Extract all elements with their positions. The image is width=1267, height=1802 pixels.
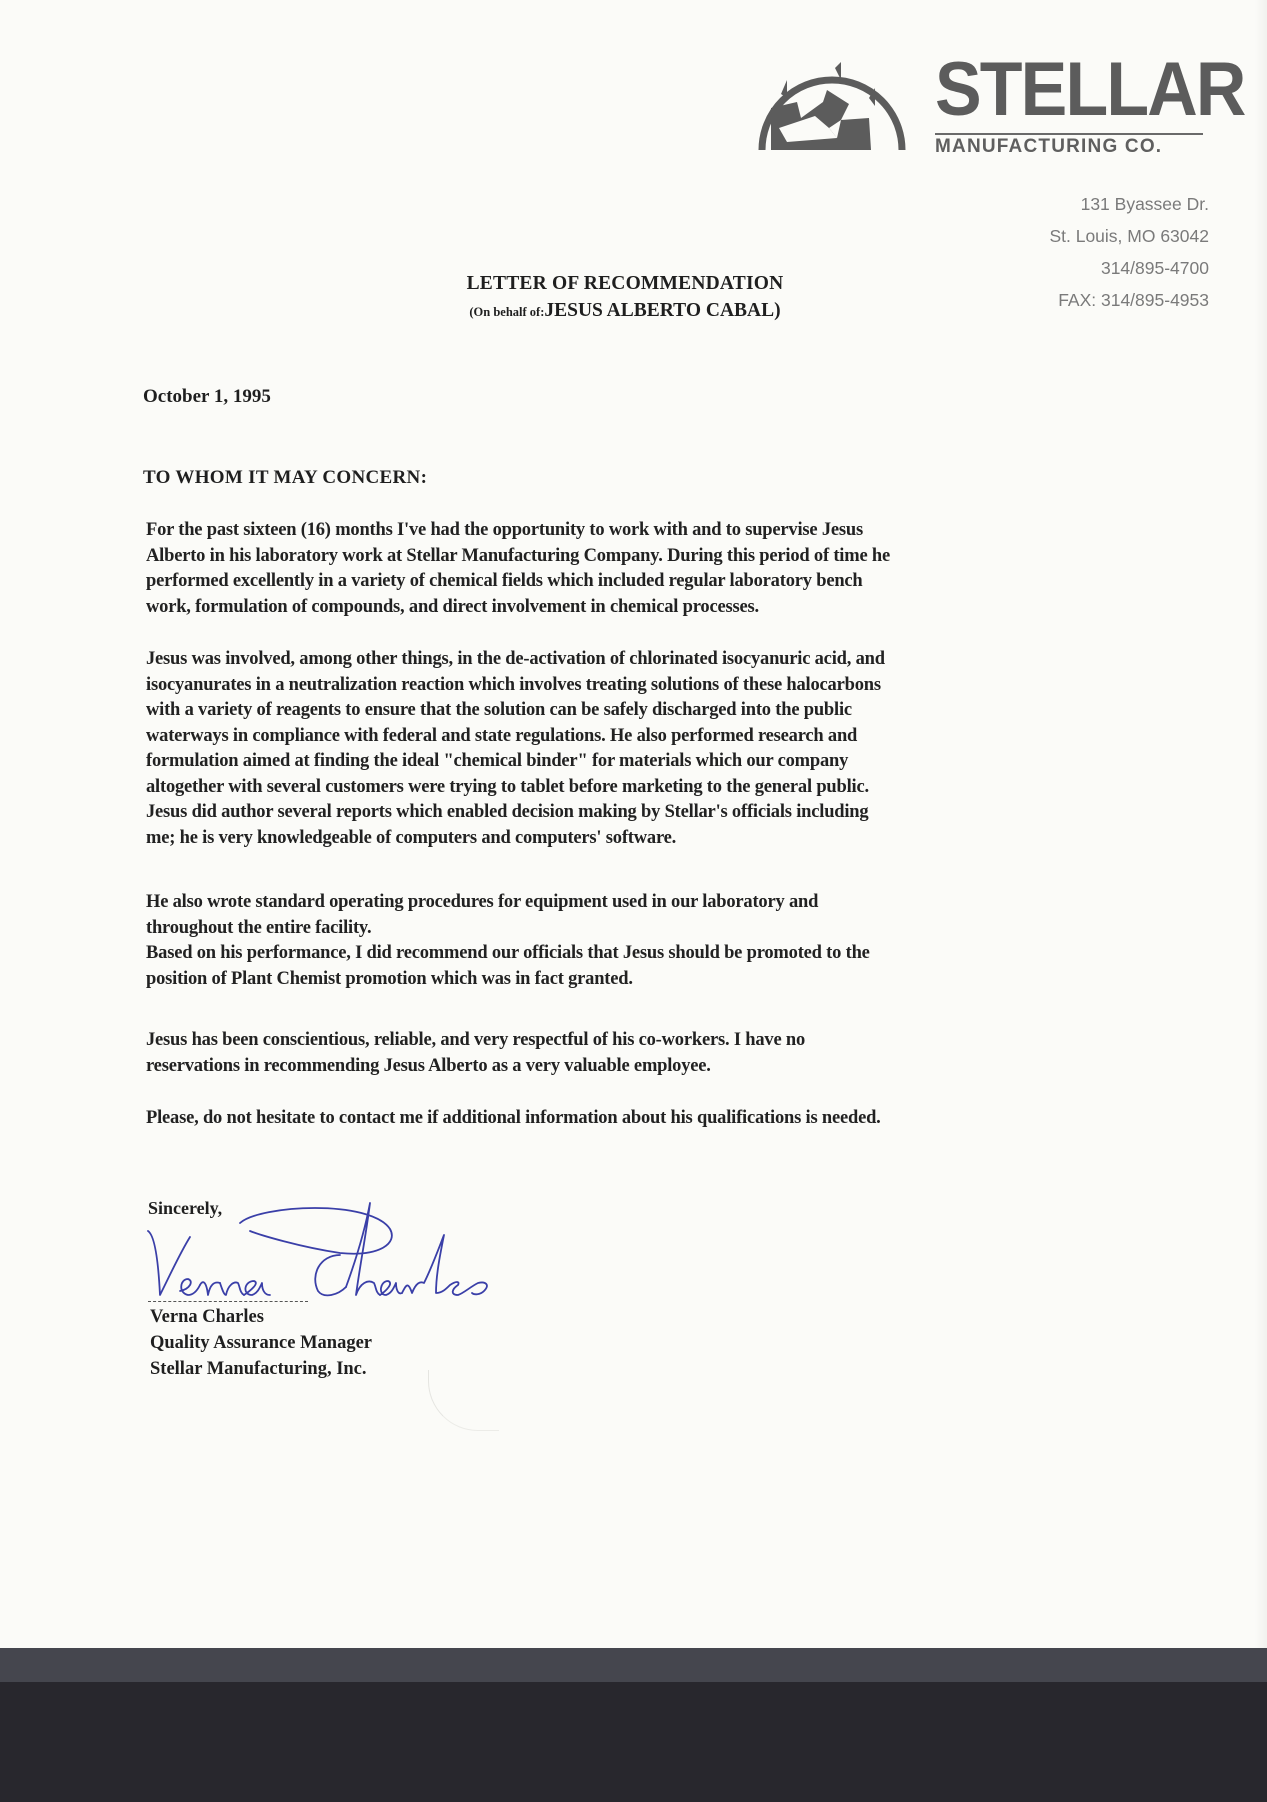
letter-date: October 1, 1995 xyxy=(143,386,271,408)
text-line: performed excellently in a variety of ch… xyxy=(146,569,1146,595)
letter-title: LETTER OF RECOMMENDATION (On behalf of:J… xyxy=(415,270,835,326)
paragraph-4: Jesus has been conscientious, reliable, … xyxy=(146,1028,1146,1079)
signer-name: Verna Charles xyxy=(150,1304,372,1330)
text-line: reservations in recommending Jesus Alber… xyxy=(146,1054,1146,1080)
scanner-bed xyxy=(0,1682,1267,1802)
text-line: Based on his performance, I did recommen… xyxy=(146,941,1146,967)
title-subject: (On behalf of:JESUS ALBERTO CABAL) xyxy=(415,297,835,326)
text-line: work, formulation of compounds, and dire… xyxy=(146,595,1146,621)
paragraph-5: Please, do not hesitate to contact me if… xyxy=(146,1106,1146,1132)
text-line: Jesus did author several reports which e… xyxy=(146,800,1146,826)
text-line: with a variety of reagents to ensure tha… xyxy=(146,698,1146,724)
title-candidate-name: JESUS ALBERTO CABAL) xyxy=(544,300,780,321)
text-line: isocyanurates in a neutralization reacti… xyxy=(146,673,1146,699)
company-subtitle: MANUFACTURING CO. xyxy=(935,136,1162,158)
text-line: position of Plant Chemist promotion whic… xyxy=(146,967,1146,993)
text-line: Jesus was involved, among other things, … xyxy=(146,647,1146,673)
address-street: 131 Byassee Dr. xyxy=(1049,188,1209,220)
signer-company: Stellar Manufacturing, Inc. xyxy=(150,1356,372,1382)
signature-line xyxy=(148,1301,308,1302)
logo-divider xyxy=(935,133,1203,135)
company-address: 131 Byassee Dr. St. Louis, MO 63042 314/… xyxy=(1049,188,1209,316)
text-line: For the past sixteen (16) months I've ha… xyxy=(146,518,1146,544)
handwritten-signature-icon xyxy=(140,1195,550,1305)
address-fax: FAX: 314/895-4953 xyxy=(1049,284,1209,316)
text-line: formulation aimed at finding the ideal "… xyxy=(146,749,1146,775)
paragraph-3: He also wrote standard operating procedu… xyxy=(146,890,1146,992)
text-line: Alberto in his laboratory work at Stella… xyxy=(146,544,1146,570)
stellar-logo-icon xyxy=(757,58,907,153)
title-heading: LETTER OF RECOMMENDATION xyxy=(415,270,835,297)
text-line: waterways in compliance with federal and… xyxy=(146,724,1146,750)
text-line: me; he is very knowledgeable of computer… xyxy=(146,826,1146,852)
title-prefix: (On behalf of: xyxy=(469,305,544,319)
address-phone: 314/895-4700 xyxy=(1049,252,1209,284)
text-line: throughout the entire facility. xyxy=(146,916,1146,942)
scanner-band xyxy=(0,1648,1267,1682)
paragraph-2: Jesus was involved, among other things, … xyxy=(146,647,1146,851)
company-logo: STELLAR MANUFACTURING CO. xyxy=(757,58,1207,158)
text-line: Jesus has been conscientious, reliable, … xyxy=(146,1028,1146,1054)
signer-title: Quality Assurance Manager xyxy=(150,1330,372,1356)
text-line: Please, do not hesitate to contact me if… xyxy=(146,1106,1146,1132)
address-city: St. Louis, MO 63042 xyxy=(1049,220,1209,252)
text-line: altogether with several customers were t… xyxy=(146,775,1146,801)
salutation: TO WHOM IT MAY CONCERN: xyxy=(143,467,427,489)
text-line: He also wrote standard operating procedu… xyxy=(146,890,1146,916)
paper-edge xyxy=(1255,0,1267,1648)
signer-block: Verna Charles Quality Assurance Manager … xyxy=(150,1304,372,1382)
company-wordmark: STELLAR xyxy=(935,52,1245,128)
paragraph-1: For the past sixteen (16) months I've ha… xyxy=(146,518,1146,620)
